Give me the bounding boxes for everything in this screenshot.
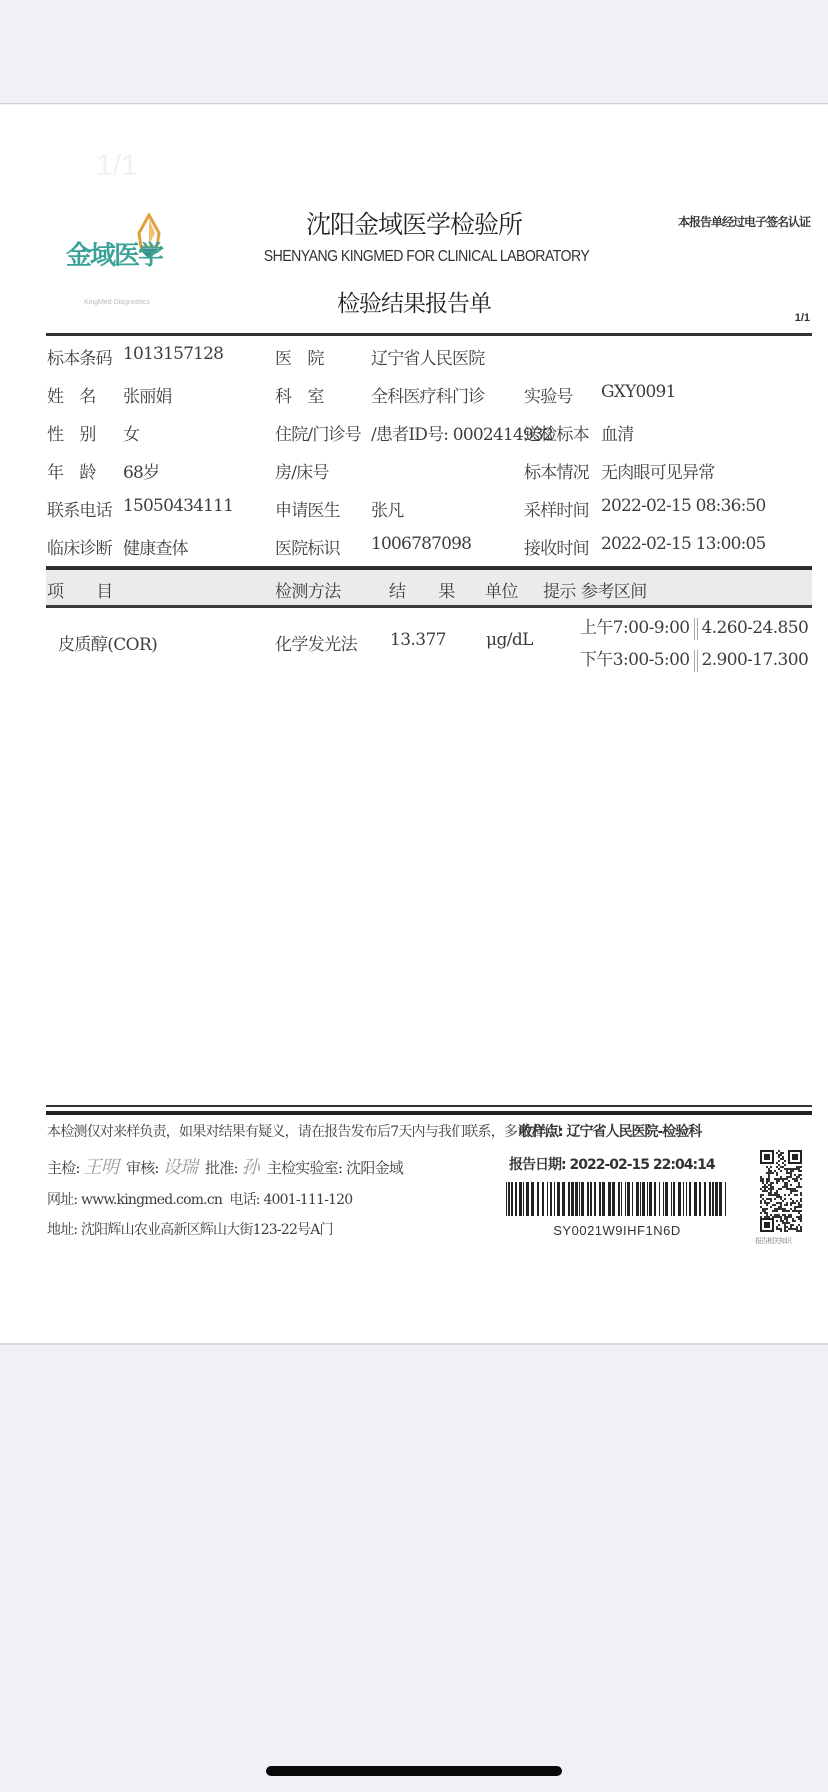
test-result: 13.377 (390, 630, 446, 650)
patient-sex: 女 (123, 420, 139, 445)
home-indicator[interactable] (266, 1766, 562, 1776)
esign-note: 本报告单经过电子签名认证 (678, 213, 810, 230)
address: 地址: 沈阳辉山农业高新区辉山大街123-22号A门 (47, 1219, 333, 1239)
label-hospital-id: 医院标识 (275, 534, 340, 559)
reviewer-signature: 设瑞 (163, 1153, 197, 1179)
results-table-header: 项 目 检测方法 结 果 单位 提示 参考区间 (46, 566, 812, 608)
label-sex: 性 别 (47, 420, 96, 445)
header-flag: 提示 (543, 577, 576, 602)
report-date: 报告日期: 2022-02-15 22:04:14 (509, 1154, 715, 1174)
info-row: 联系电话 15050434111 申请医生 张凡 采样时间 2022-02-15… (47, 490, 817, 528)
label-specimen-type: 送检标本 (524, 420, 589, 445)
test-method: 化学发光法 (275, 630, 357, 655)
label-outpatient-number: 住院/门诊号 (275, 420, 361, 445)
info-row: 标本条码 1013157128 医 院 辽宁省人民医院 (47, 338, 817, 376)
header-item: 项 目 (47, 577, 113, 602)
info-row: 年 龄 68岁 房/床号 标本情况 无肉眼可见异常 (47, 452, 817, 490)
phone-number: 4001-111-120 (263, 1192, 352, 1208)
label-hospital: 医 院 (275, 344, 324, 369)
barcode-image (506, 1182, 728, 1216)
collection-point: 收样点: 辽宁省人民医院-检验科 (519, 1121, 701, 1141)
label-lab-number: 实验号 (524, 382, 573, 407)
clinical-diagnosis: 健康查体 (123, 534, 188, 559)
label-department: 科 室 (275, 382, 324, 407)
disclaimer: 本检测仅对来样负责，如果对结果有疑义，请在报告发布后7天内与我们联系，多谢合作! (47, 1121, 562, 1141)
department: 全科医疗科门诊 (371, 382, 484, 407)
main-lab: 沈阳金域 (346, 1159, 403, 1177)
lab-number: GXY0091 (601, 382, 676, 402)
received-time: 2022-02-15 13:00:05 (601, 534, 766, 554)
footer-divider (46, 1105, 812, 1107)
report-page[interactable]: 1/1 金域医学 KingMed Diagnostics 沈阳金域医学检验所 S… (0, 105, 828, 1345)
specimen-type: 血清 (601, 420, 633, 445)
qr-code-icon[interactable] (760, 1150, 802, 1232)
reference-range-pm: 下午3:00-5:002.900-17.300 (580, 645, 808, 672)
label-name: 姓 名 (47, 382, 96, 407)
header-result: 结 果 (389, 577, 455, 602)
label-sampling-time: 采样时间 (524, 496, 589, 521)
specimen-condition: 无肉眼可见异常 (601, 458, 714, 483)
page-watermark: 1/1 (96, 149, 138, 183)
website-phone: 网址: www.kingmed.com.cn 电话: 4001-111-120 (47, 1189, 352, 1209)
patient-name: 张丽娟 (123, 382, 172, 407)
viewer-top-area (0, 0, 828, 104)
patient-phone: 15050434111 (123, 496, 233, 516)
page-number: 1/1 (795, 312, 810, 324)
barcode-text: SY0021W9IHF1N6D (506, 1223, 728, 1238)
reference-range-am: 上午7:00-9:004.260-24.850 (580, 613, 808, 640)
website-link[interactable]: www.kingmed.com.cn (81, 1192, 222, 1208)
info-row: 姓 名 张丽娟 科 室 全科医疗科门诊 实验号 GXY0091 (47, 376, 817, 414)
patient-age: 68岁 (123, 458, 159, 483)
footer-divider-thick (46, 1111, 812, 1115)
table-row: 皮质醇(COR) 化学发光法 13.377 μg/dL 上午7:00-9:004… (46, 610, 812, 674)
header-divider (46, 333, 812, 336)
test-unit: μg/dL (486, 630, 533, 650)
approver-signature: 孙 (242, 1153, 259, 1179)
header-method: 检测方法 (275, 577, 341, 602)
test-item: 皮质醇(COR) (58, 630, 157, 655)
lab-title-en: SHENYANG KINGMED FOR CLINICAL LABORATORY (51, 248, 802, 266)
inspector-signature: 王明 (84, 1153, 118, 1179)
info-row: 临床诊断 健康查体 医院标识 1006787098 接收时间 2022-02-1… (47, 528, 817, 566)
label-phone: 联系电话 (47, 496, 112, 521)
label-specimen-barcode: 标本条码 (47, 344, 112, 369)
info-row: 性 别 女 住院/门诊号 /患者ID号: 0002414932 送检标本 血清 (47, 414, 817, 452)
hospital-id: 1006787098 (371, 534, 471, 554)
requesting-doctor: 张凡 (371, 496, 403, 521)
label-requesting-doctor: 申请医生 (275, 496, 340, 521)
qr-label: 报告相关知识 (755, 1236, 791, 1246)
header-unit: 单位 (485, 577, 518, 602)
label-age: 年 龄 (47, 458, 96, 483)
report-title: 检验结果报告单 (0, 285, 828, 318)
label-diagnosis: 临床诊断 (47, 534, 112, 559)
header-reference: 参考区间 (581, 577, 647, 602)
patient-info: 标本条码 1013157128 医 院 辽宁省人民医院 姓 名 张丽娟 科 室 … (47, 338, 817, 566)
label-specimen-condition: 标本情况 (524, 458, 589, 483)
hospital: 辽宁省人民医院 (371, 344, 484, 369)
specimen-barcode: 1013157128 (123, 344, 223, 364)
signatures: 主检:王明 审核:设瑞 批准:孙 主检实验室: 沈阳金域 (47, 1153, 403, 1179)
label-received-time: 接收时间 (524, 534, 589, 559)
sampling-time: 2022-02-15 08:36:50 (601, 496, 766, 516)
label-room-bed: 房/床号 (275, 458, 329, 483)
